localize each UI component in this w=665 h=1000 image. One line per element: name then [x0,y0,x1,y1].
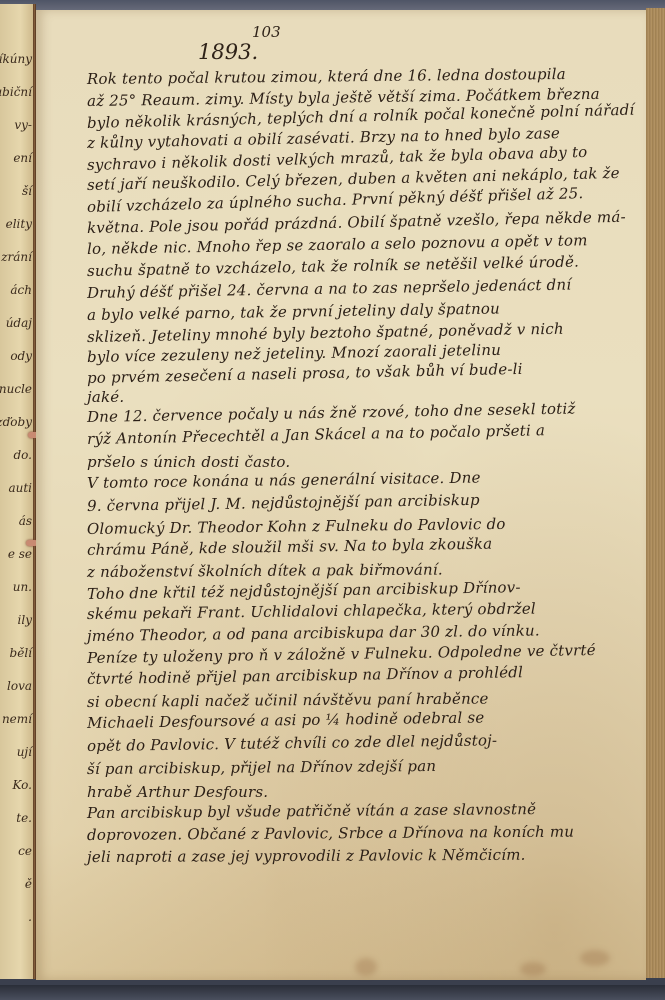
left-page-text-fragment: nemí [2,712,32,726]
left-facing-page: íkúnyubičnívy-eníšíelityzráníáchúdajodyn… [0,4,34,979]
left-page-text-fragment: nucle [0,382,32,396]
left-page-text-fragment: te. [16,811,32,825]
left-page-text-fragment: ily [18,613,32,627]
left-page-text-fragment: auti [8,481,32,495]
left-page-text-fragment: Ko. [13,778,32,792]
left-page-text-fragment: elity [6,217,32,231]
year-heading: 1893. [198,40,258,64]
left-page-text-fragment: zďoby [0,415,32,429]
stain [580,950,610,966]
left-page-text-fragment: lova [7,679,32,693]
left-page-text-fragment: ují [17,745,32,759]
left-page-text-fragment: íkúny [0,52,32,66]
left-page-text-fragment: údaj [6,316,32,330]
stain [520,962,546,976]
left-page-text-fragment: ce [18,844,32,858]
left-page-text-fragment: ě [25,877,32,891]
page-number: 103 [252,23,281,41]
left-page-text-fragment: . [28,910,32,924]
left-page-text-fragment: do. [13,448,32,462]
left-page-text-fragment: ší [22,184,32,198]
left-page-text-fragment: ás [19,514,32,528]
left-page-text-fragment: vy- [14,118,32,132]
left-page-text-fragment: ení [13,151,32,165]
text-line: hrabě Arthur Desfours. [87,783,647,801]
left-page-text-fragment: ubiční [0,85,32,99]
stain [355,958,377,976]
page-edges [646,8,665,978]
left-page-text-fragment: bělí [10,646,32,660]
left-page-text-fragment: ách [10,283,32,297]
backdrop-bottom [0,985,665,1000]
left-page-text-fragment: un. [13,580,32,594]
left-page-text-fragment: e se [8,547,32,561]
left-page-text-fragment: ody [10,349,32,363]
text-line: jeli naproti a zase jej vyprovodili z Pa… [87,845,647,866]
left-page-text-fragment: zrání [1,250,32,264]
